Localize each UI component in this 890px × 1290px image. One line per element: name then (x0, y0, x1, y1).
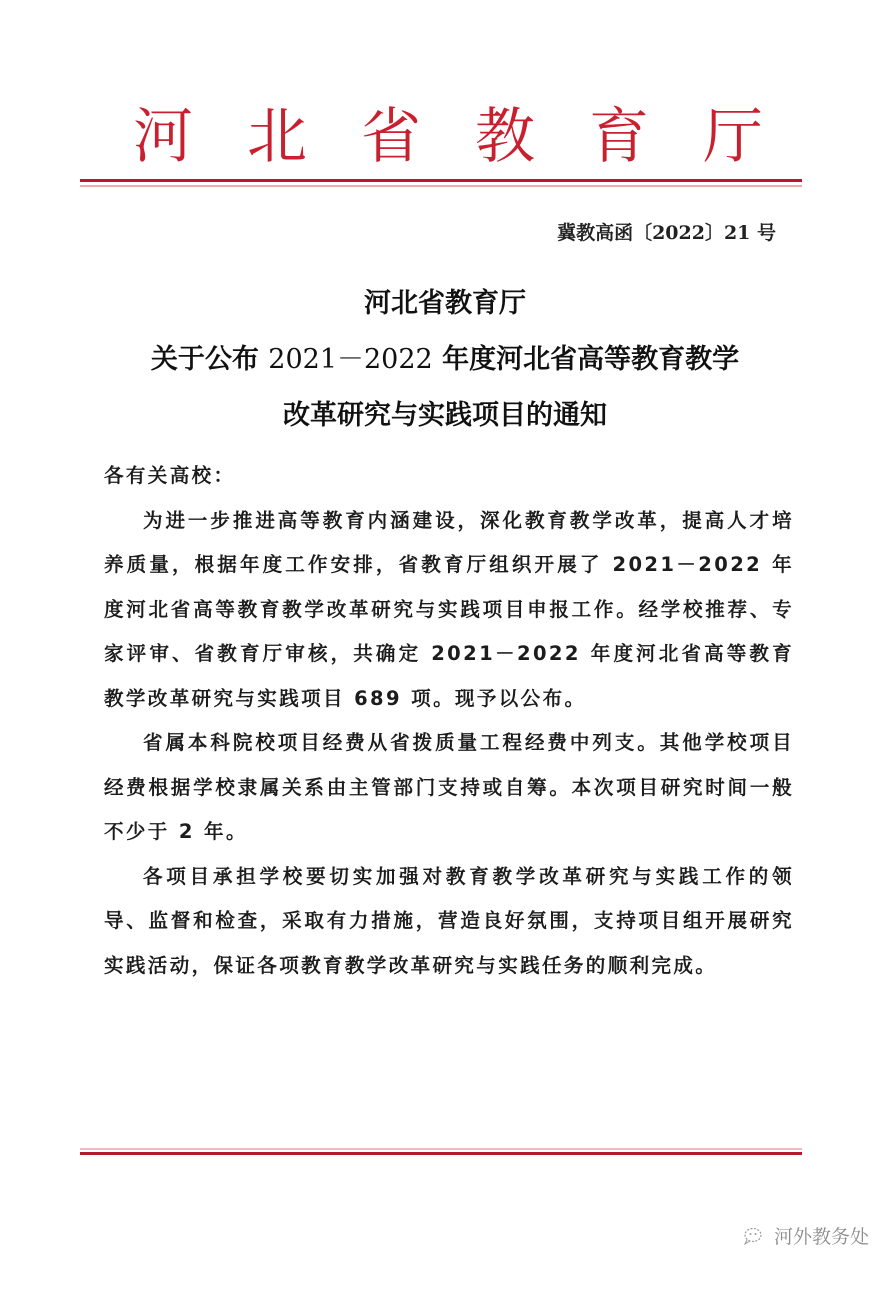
title-line-3: 改革研究与实践项目的通知 (90, 388, 800, 444)
document-title: 河北省教育厅 关于公布 2021－2022 年度河北省高等教育教学 改革研究与实… (90, 276, 800, 444)
letterhead-char: 北 (242, 89, 312, 175)
letterhead-char: 省 (356, 89, 426, 175)
title-line-2-years: 2021－2022 (268, 344, 432, 375)
paragraph-2: 省属本科院校项目经费从省拨质量工程经费中列支。其他学校项目经费根据学校隶属关系由… (104, 721, 794, 855)
letterhead-char: 厅 (698, 89, 768, 175)
title-line-1: 河北省教育厅 (90, 276, 800, 332)
document-number: 冀教高函〔2022〕21 号 (557, 218, 776, 245)
title-line-2: 关于公布 2021－2022 年度河北省高等教育教学 (90, 332, 800, 388)
footer-divider-thick (80, 1152, 802, 1155)
watermark: 河外教务处 (742, 1222, 869, 1249)
letterhead-char: 育 (584, 89, 654, 175)
footer-divider-thin (80, 1148, 802, 1150)
paragraph-1: 为进一步推进高等教育内涵建设，深化教育教学改革，提高人才培养质量，根据年度工作安… (104, 499, 794, 722)
letterhead-char: 教 (470, 89, 540, 175)
watermark-text: 河外教务处 (774, 1222, 869, 1249)
title-line-2-prefix: 关于公布 (151, 344, 268, 375)
salutation: 各有关高校： (104, 454, 794, 499)
wechat-icon (742, 1226, 768, 1246)
letterhead-title: 河 北 省 教 育 厅 (128, 92, 768, 172)
title-line-2-suffix: 年度河北省高等教育教学 (433, 344, 739, 375)
document-body: 各有关高校： 为进一步推进高等教育内涵建设，深化教育教学改革，提高人才培养质量，… (104, 454, 794, 988)
letterhead-char: 河 (128, 89, 198, 175)
paragraph-3: 各项目承担学校要切实加强对教育教学改革研究与实践工作的领导、监督和检查，采取有力… (104, 855, 794, 989)
header-divider-thick (80, 179, 802, 182)
header-divider-thin (80, 185, 802, 187)
